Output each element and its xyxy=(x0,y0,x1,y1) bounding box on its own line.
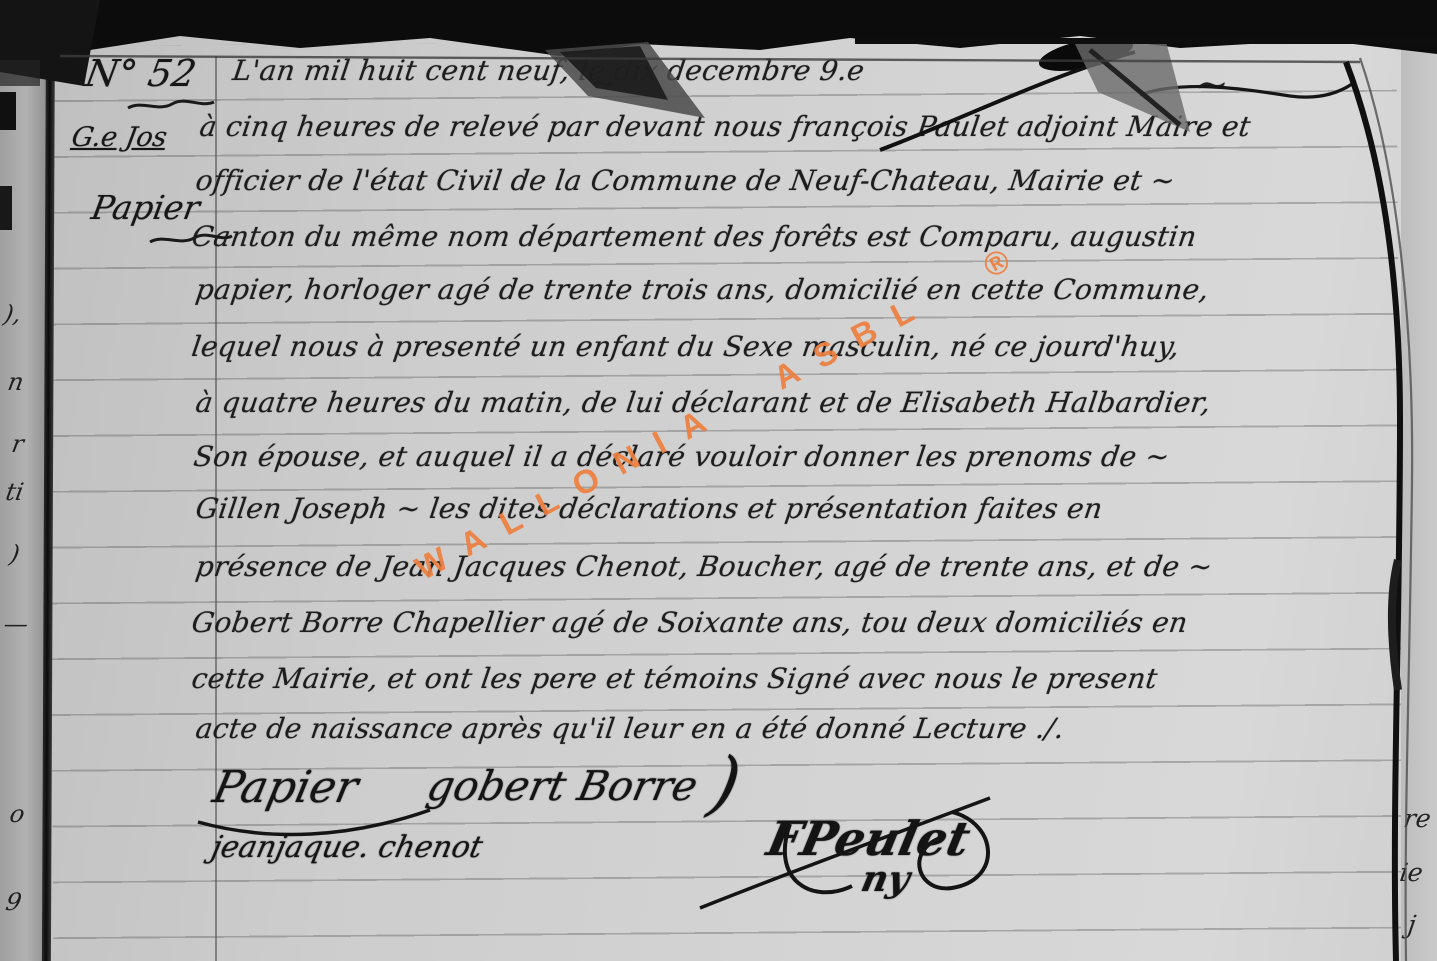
signature-father: Papier xyxy=(209,762,363,813)
manuscript-line: acte de naissance après qu'il leur en a … xyxy=(194,712,1067,745)
manuscript-line: à cinq heures de relevé par devant nous … xyxy=(198,110,1253,143)
signature-official-paraph: ny xyxy=(858,858,914,900)
manuscript-line: L'an mil huit cent neuf, le dix decembre… xyxy=(231,54,867,87)
signature-witness1: gobert Borre xyxy=(423,762,702,810)
margin-act-number: N° 52 xyxy=(82,52,199,95)
manuscript-line: Gillen Joseph ~ les dites déclarations e… xyxy=(194,492,1105,525)
manuscript-line: Canton du même nom département des forêt… xyxy=(190,220,1199,253)
next-page-text-fragment: ie xyxy=(1398,858,1425,887)
signature-witness2: jeanjaque. chenot xyxy=(208,830,486,865)
margin-name-note: G.e Jos xyxy=(69,122,169,153)
manuscript-line: Gobert Borre Chapellier agé de Soixante … xyxy=(190,606,1190,639)
manuscript-line: cette Mairie, et ont les pere et témoins… xyxy=(190,662,1160,695)
line-end-flourish: ~ xyxy=(1192,62,1232,108)
manuscript-line: lequel nous à presenté un enfant du Sexe… xyxy=(190,330,1182,363)
next-page-text-fragment: re xyxy=(1402,804,1433,833)
scanned-register-page: WALLONIA ASBL ® N° 52 G.e Jos Papier L'a… xyxy=(0,0,1437,961)
manuscript-line: officier de l'état Civil de la Commune d… xyxy=(194,164,1177,197)
margin-surname-note: Papier xyxy=(89,188,203,227)
manuscript-line: papier, horloger agé de trente trois ans… xyxy=(194,273,1211,306)
line-end-flourish: ~ xyxy=(588,66,618,101)
manuscript-line: présence de Jean Jacques Chenot, Boucher… xyxy=(194,550,1215,583)
prev-page-text-fragment: — xyxy=(2,610,31,638)
